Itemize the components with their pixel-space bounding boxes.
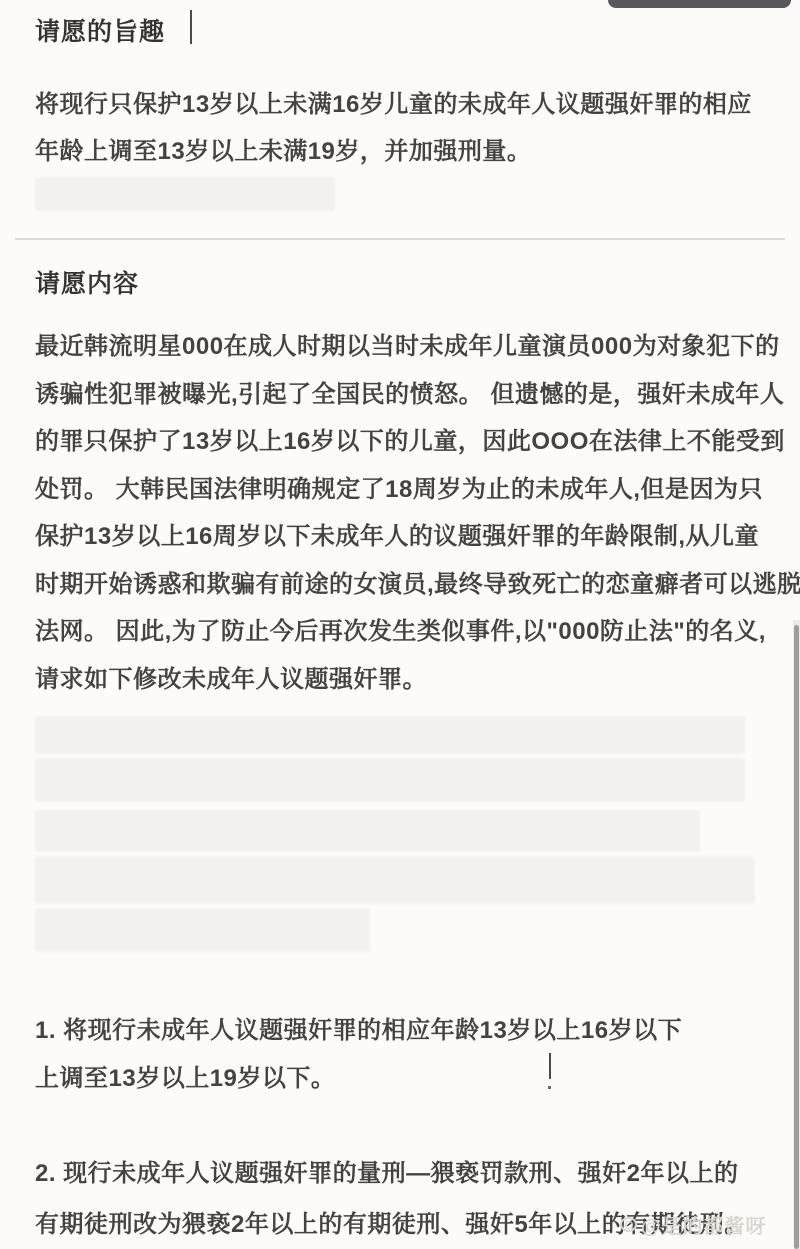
demand-1-line: 上调至13岁以上19岁以下。 [35,1058,335,1093]
content-paragraph-line: 最近韩流明星000在成人时期以当时未成年儿童演员000为对象犯下的 [35,326,780,361]
scrollbar-thumb[interactable] [794,625,799,1249]
top-overlay-bar [608,0,791,8]
weibo-watermark: @是的都酱呀 [620,1210,767,1239]
watermark-text: @是的都酱呀 [641,1210,767,1239]
purpose-paragraph-line: 年龄上调至13岁以上未满19岁，并加强刑量。 [35,131,531,166]
content-paragraph-line: 法网。 因此,为了防止今后再次发生类似事件,以"000防止法"的名义, [35,611,766,646]
scrollbar [793,620,800,1249]
purpose-paragraph-line: 将现行只保护13岁以上未满16岁儿童的未成年人议题强奸罪的相应 [35,84,752,119]
purpose-heading: 请愿的旨趣 [35,12,165,48]
redacted-text-block [35,758,745,802]
section-divider [15,238,785,240]
content-paragraph-line: 保护13岁以上16周岁以下未成年人的议题强奸罪的年龄限制,从儿童 [35,516,759,551]
redacted-text-block [35,810,700,852]
text-cursor-dot [548,1086,551,1089]
content-heading: 请愿内容 [35,264,139,300]
redacted-text-block [35,177,335,211]
redacted-text-block [35,908,370,952]
weibo-logo-icon [620,1217,637,1232]
text-cursor [549,1053,551,1079]
petition-document-page: 请愿的旨趣 将现行只保护13岁以上未满16岁儿童的未成年人议题强奸罪的相应 年龄… [0,0,800,1249]
content-paragraph-line: 时期开始诱惑和欺骗有前途的女演员,最终导致死亡的恋童癖者可以逃脱 [35,564,800,599]
content-paragraph-line: 请求如下修改未成年人议题强奸罪。 [35,659,427,694]
demand-2-line: 2. 现行未成年人议题强奸罪的量刑—猥亵罚款刑、强奸2年以上的 [35,1153,739,1188]
content-paragraph-line: 诱骗性犯罪被曝光,引起了全国民的愤怒。 但遗憾的是，强奸未成年人 [35,374,784,409]
content-paragraph-line: 的罪只保护了13岁以上16岁以下的儿童，因此OOO在法律上不能受到 [35,421,785,456]
demand-1-line: 1. 将现行未成年人议题强奸罪的相应年龄13岁以上16岁以下 [35,1010,682,1045]
redacted-text-block [35,716,745,754]
text-cursor [190,10,192,44]
redacted-text-block [35,856,755,904]
content-paragraph-line: 处罚。 大韩民国法律明确规定了18周岁为止的未成年人,但是因为只 [35,469,763,504]
